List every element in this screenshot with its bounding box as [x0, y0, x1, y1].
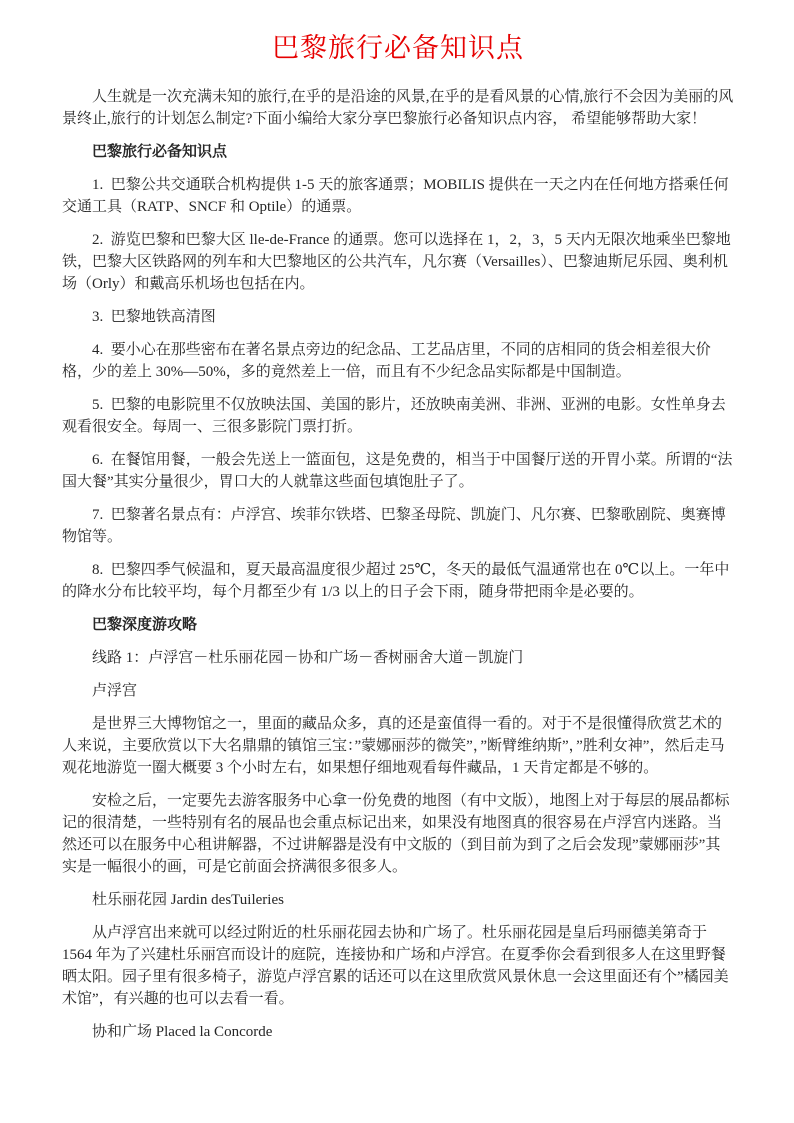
- paragraph: 协和广场 Placed la Concorde: [62, 1021, 734, 1043]
- paragraph: 4. 要小心在那些密布在著名景点旁边的纪念品、工艺品店里，不同的店相同的货会相差…: [62, 339, 734, 383]
- paragraph: 8. 巴黎四季气候温和，夏天最高温度很少超过 25℃，冬天的最低气温通常也在 0…: [62, 559, 734, 603]
- paragraph: 2. 游览巴黎和巴黎大区 lle-de-France 的通票。您可以选择在 1，…: [62, 229, 734, 295]
- paragraph: 7. 巴黎著名景点有：卢浮宫、埃菲尔铁塔、巴黎圣母院、凯旋门、凡尔赛、巴黎歌剧院…: [62, 504, 734, 548]
- paragraph: 3. 巴黎地铁高清图: [62, 306, 734, 328]
- paragraph: 6. 在餐馆用餐，一般会先送上一篮面包，这是免费的，相当于中国餐厅送的开胃小菜。…: [62, 449, 734, 493]
- paragraph: 杜乐丽花园 Jardin desTuileries: [62, 889, 734, 911]
- paragraph: 安检之后，一定要先去游客服务中心拿一份免费的地图（有中文版），地图上对于每层的展…: [62, 790, 734, 878]
- paragraph: 卢浮宫: [62, 680, 734, 702]
- document-body: 人生就是一次充满未知的旅行,在乎的是沿途的风景,在乎的是看风景的心情,旅行不会因…: [62, 86, 734, 1043]
- paragraph: 是世界三大博物馆之一，里面的藏品众多，真的还是蛮值得一看的。对于不是很懂得欣赏艺…: [62, 713, 734, 779]
- paragraph: 5. 巴黎的电影院里不仅放映法国、美国的影片，还放映南美洲、非洲、亚洲的电影。女…: [62, 394, 734, 438]
- document-page: 巴黎旅行必备知识点 人生就是一次充满未知的旅行,在乎的是沿途的风景,在乎的是看风…: [0, 0, 794, 1123]
- paragraph: 人生就是一次充满未知的旅行,在乎的是沿途的风景,在乎的是看风景的心情,旅行不会因…: [62, 86, 734, 130]
- section-heading: 巴黎旅行必备知识点: [62, 141, 734, 163]
- paragraph: 从卢浮宫出来就可以经过附近的杜乐丽花园去协和广场了。杜乐丽花园是皇后玛丽德美第奇…: [62, 922, 734, 1010]
- paragraph: 线路 1：卢浮宫－杜乐丽花园－协和广场－香树丽舍大道－凯旋门: [62, 647, 734, 669]
- paragraph: 1. 巴黎公共交通联合机构提供 1-5 天的旅客通票；MOBILIS 提供在一天…: [62, 174, 734, 218]
- section-heading: 巴黎深度游攻略: [62, 614, 734, 636]
- document-title: 巴黎旅行必备知识点: [62, 30, 734, 66]
